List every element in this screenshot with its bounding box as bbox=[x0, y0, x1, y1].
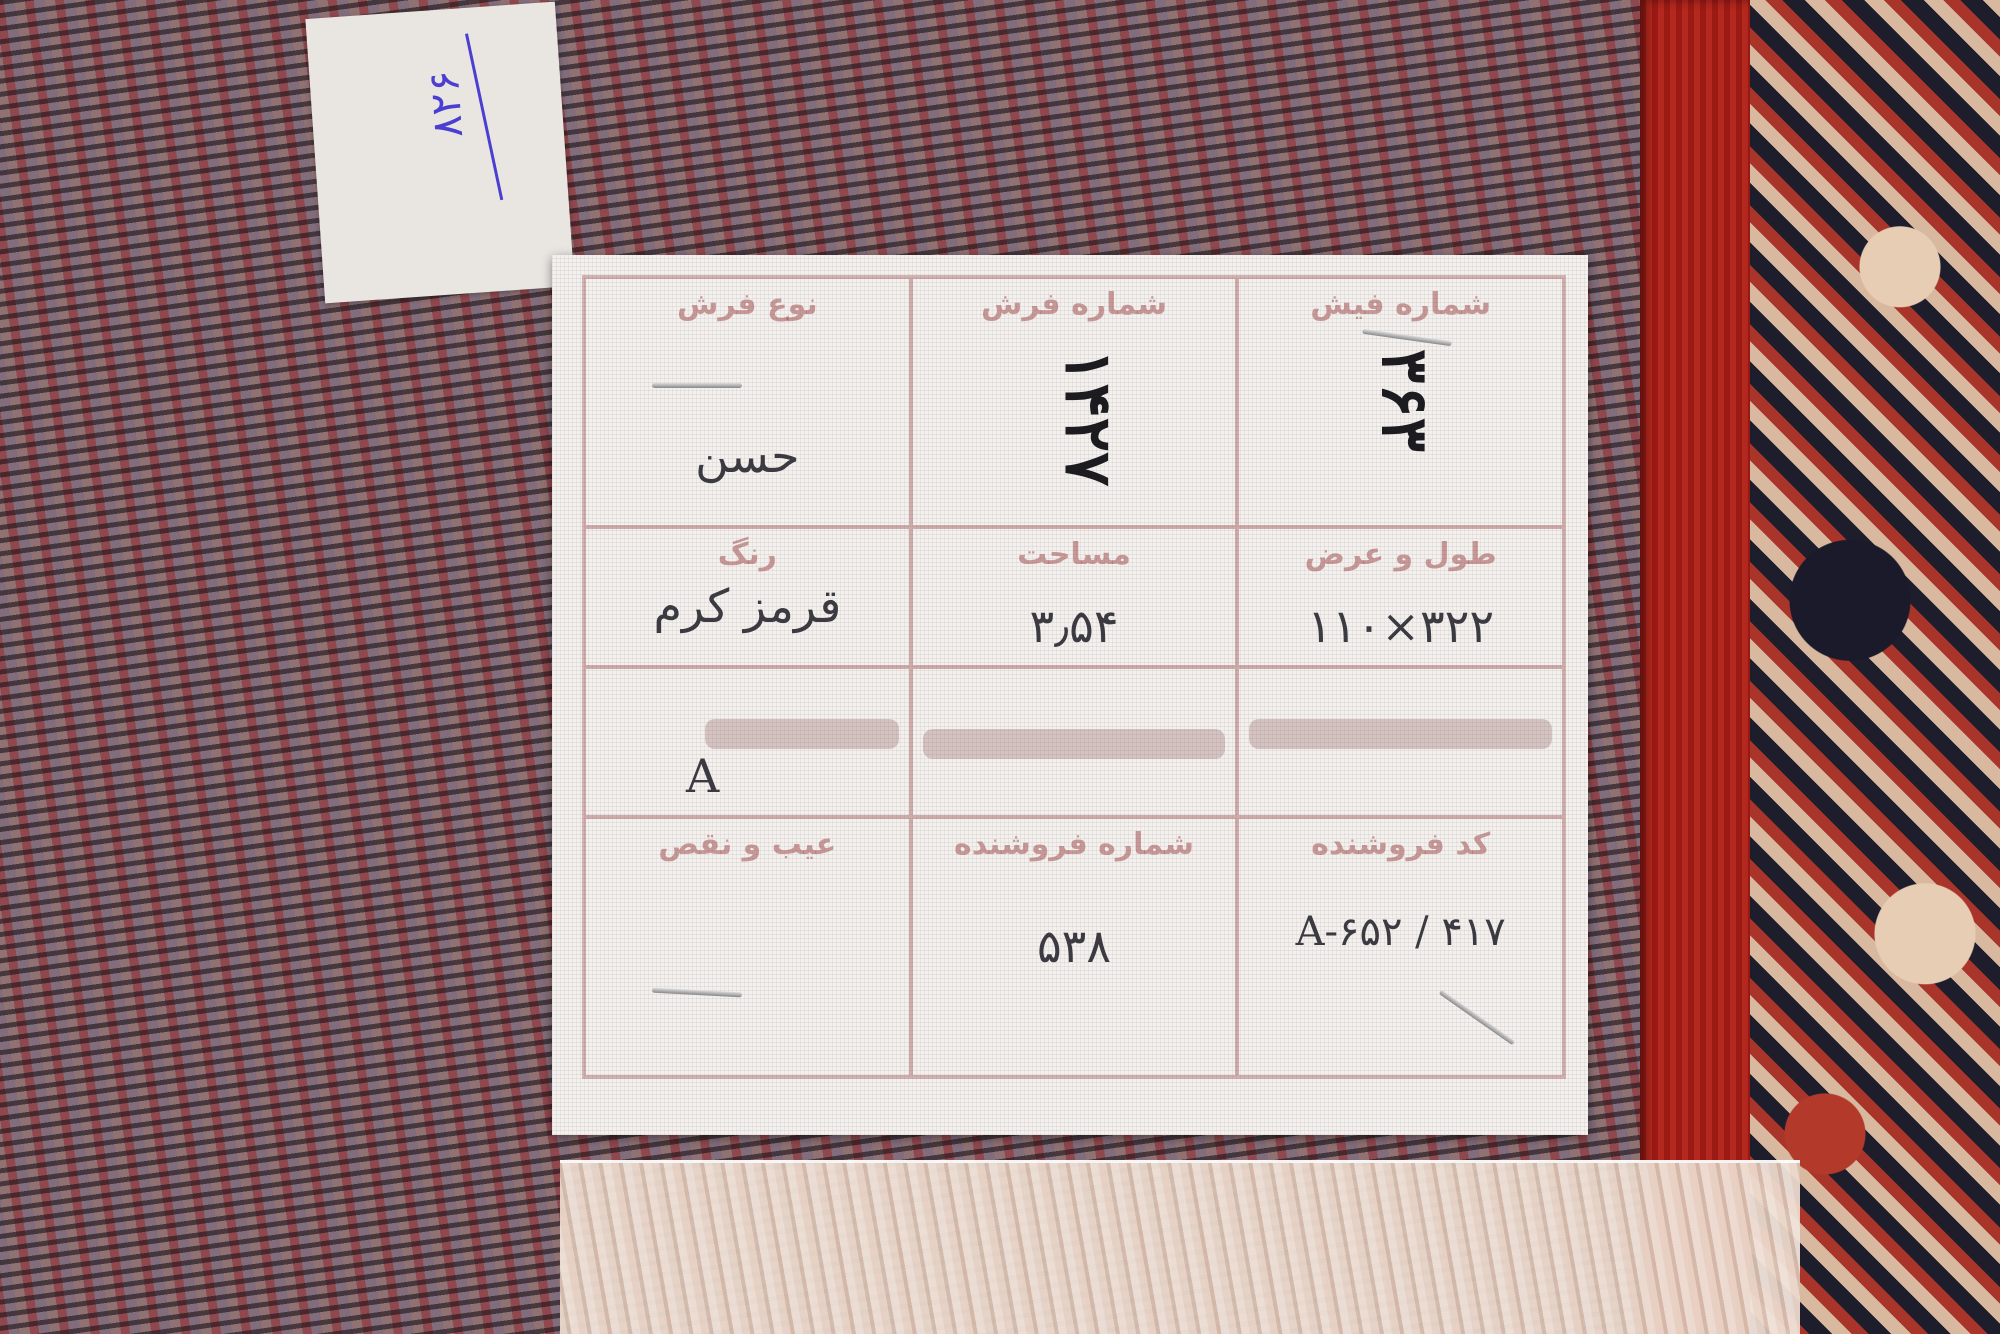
label-cell: شماره فرش ۱۴۲۷ bbox=[911, 277, 1238, 527]
rug-edge-binding bbox=[1640, 0, 1750, 1334]
label-cell bbox=[1237, 667, 1564, 817]
label-cell: A bbox=[584, 667, 911, 817]
smudged-stamp bbox=[923, 729, 1226, 759]
seller-number: ۵۳۸ bbox=[913, 919, 1236, 973]
cell-header: رنگ bbox=[596, 537, 899, 572]
seller-code: ۴۱۷ / ۶۵۲-A bbox=[1239, 909, 1562, 955]
label-cell: مساحت ۳٫۵۴ bbox=[911, 527, 1238, 667]
area: ۳٫۵۴ bbox=[913, 599, 1236, 653]
color: قرمز کرم bbox=[586, 579, 909, 633]
cell-header: کد فروشنده bbox=[1249, 827, 1552, 862]
label-cell bbox=[911, 667, 1238, 817]
receipt-number: ۳۶۳ bbox=[1367, 349, 1442, 452]
label-cell: نوع فرش حسن bbox=[584, 277, 911, 527]
staple bbox=[652, 383, 742, 388]
label-cell: شماره فیش ۳۶۳ bbox=[1237, 277, 1564, 527]
rug-type: حسن bbox=[586, 429, 909, 483]
rug-label: شماره فیش ۳۶۳ شماره فرش ۱۴۲۷ نوع فرش حسن… bbox=[552, 255, 1588, 1135]
dimensions: ۳۲۲×۱۱۰ bbox=[1239, 599, 1562, 653]
rug-number: ۱۴۲۷ bbox=[1050, 349, 1125, 487]
cell-header: مساحت bbox=[923, 537, 1226, 572]
cell-header: طول و عرض bbox=[1249, 537, 1552, 572]
label-cell: عیب و نقص bbox=[584, 817, 911, 1077]
rug-fringe bbox=[560, 1160, 1800, 1334]
label-cell: طول و عرض ۳۲۲×۱۱۰ bbox=[1237, 527, 1564, 667]
label-grid: شماره فیش ۳۶۳ شماره فرش ۱۴۲۷ نوع فرش حسن… bbox=[582, 275, 1566, 1079]
tape-note: ۸۲۶ bbox=[305, 2, 574, 304]
grade-mark: A bbox=[686, 749, 909, 803]
cell-header: شماره فرش bbox=[923, 287, 1226, 322]
cell-header: عیب و نقص bbox=[596, 827, 899, 862]
tape-note-text: ۸۲۶ bbox=[419, 69, 473, 140]
label-cell: رنگ قرمز کرم bbox=[584, 527, 911, 667]
label-cell: شماره فروشنده ۵۳۸ bbox=[911, 817, 1238, 1077]
cell-header: نوع فرش bbox=[596, 287, 899, 322]
rug-front-pile bbox=[1750, 0, 2000, 1334]
cell-header: شماره فروشنده bbox=[923, 827, 1226, 862]
smudged-stamp bbox=[705, 719, 899, 749]
smudged-stamp bbox=[1249, 719, 1552, 749]
label-cell: کد فروشنده ۴۱۷ / ۶۵۲-A bbox=[1237, 817, 1564, 1077]
cell-header: شماره فیش bbox=[1249, 287, 1552, 322]
